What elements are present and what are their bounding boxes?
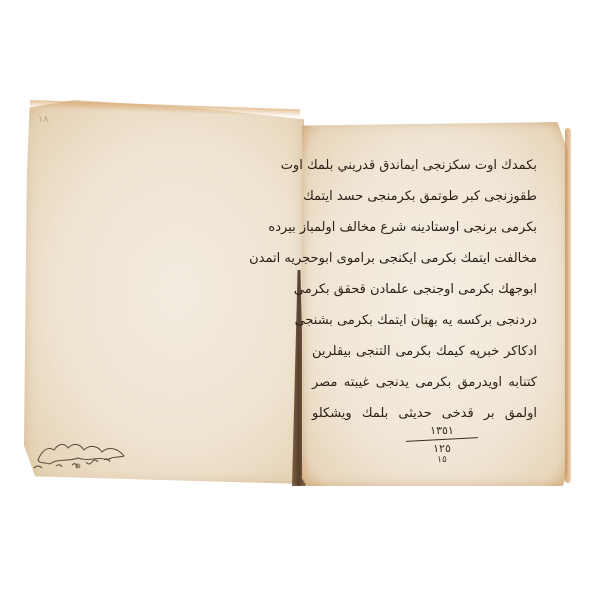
text-line: بكمدك اوت سكزنجى ايماندق قدريني بلمك اوت [312, 150, 537, 181]
folio-number: ١٨ [38, 114, 49, 126]
colophon-year: ١٣٥١ [402, 424, 482, 437]
text-line: بكرمى برنجى اوستادينه شرع مخالف اولمباز … [312, 212, 537, 243]
left-page [24, 100, 304, 484]
text-line: مخالفت ايتمك بكرمى ايكنجى براموى ابوحجري… [312, 243, 537, 274]
text-line: ابوجهك بكرمى اوجنجى علمادن قحقق بكرمى [312, 274, 537, 305]
colophon-subnumber: ١٥ [402, 455, 482, 465]
colophon-number: ١٢٥ [402, 442, 482, 455]
text-line: دردنجى بركسه يه بهتان ايتمك بكرمى بشنجى [312, 305, 537, 336]
right-page-stained-edge [565, 128, 571, 483]
pen-trial-scribble [28, 432, 138, 474]
text-line: طقوزنجى كبر طوتمق بكرمنجى حسد ايتمك [312, 181, 537, 212]
text-line: ادكاكر خبرپه كيمك بكرمى التنجى بيقلرين [312, 336, 537, 367]
text-line: كتنابه اويدرمق بكرمى يدنجى غيبته مصر [312, 367, 537, 398]
manuscript-photo: ١٨ بكمدك اوت سكزنجى ايماندق قدريني بلمك … [0, 0, 600, 600]
colophon-date: ١٣٥١ ١٢٥ ١٥ [402, 424, 482, 465]
manuscript-text-block: بكمدك اوت سكزنجى ايماندق قدريني بلمك اوت… [312, 150, 537, 429]
